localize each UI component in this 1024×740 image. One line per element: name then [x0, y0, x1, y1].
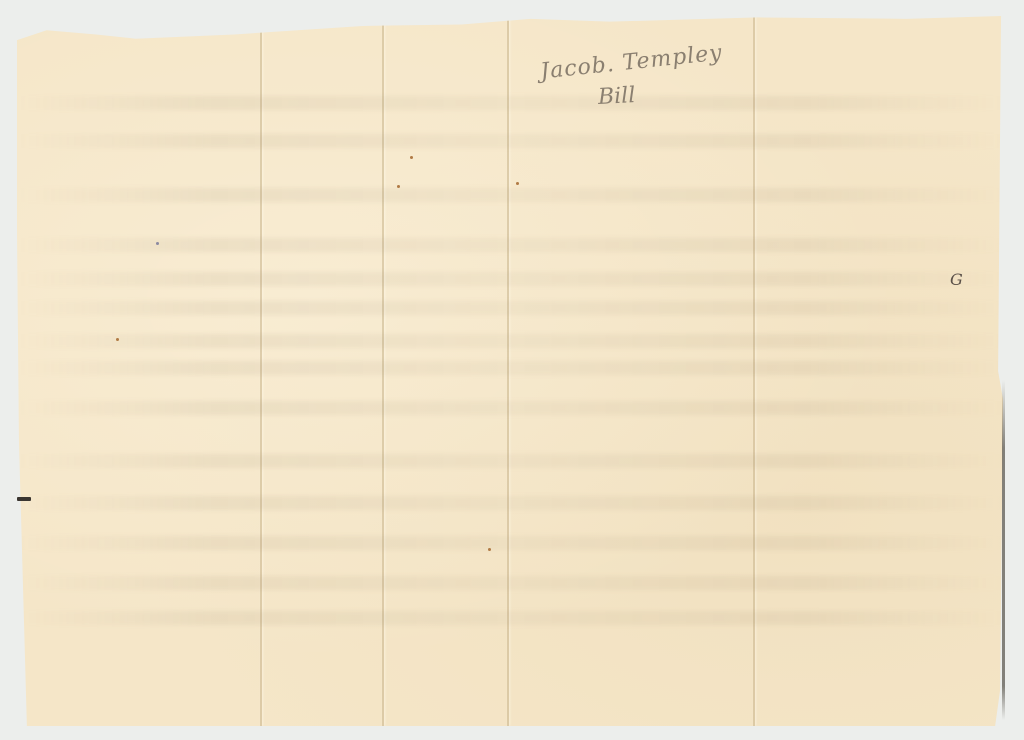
bleed-through-text: [17, 134, 1005, 148]
page-edge-shadow: [1002, 380, 1005, 720]
bleed-through-text: [17, 301, 1005, 315]
bleed-through-text: [17, 401, 1005, 415]
bleed-through-text: [17, 238, 1005, 252]
bleed-through-text: [17, 496, 1005, 510]
ink-speck: [116, 338, 119, 341]
bleed-through-text: [17, 96, 1005, 110]
bleed-through-text: [17, 361, 1005, 375]
margin-number: G: [950, 270, 963, 289]
bleed-through-text: [17, 576, 1005, 590]
edge-mark: [17, 497, 31, 501]
manuscript-page: [17, 16, 1005, 726]
ink-speck: [488, 548, 491, 551]
ink-speck: [156, 242, 159, 245]
bleed-through-text: [17, 334, 1005, 348]
bleed-through-text: [17, 188, 1005, 202]
bleed-through-text: [17, 454, 1005, 468]
ink-speck: [516, 182, 519, 185]
bleed-through-text: [17, 536, 1005, 550]
bleed-through-text: [17, 272, 1005, 286]
endorsement-label: Bill: [597, 83, 636, 110]
bleed-through-text: [17, 611, 1005, 625]
ink-speck: [410, 156, 413, 159]
ink-speck: [397, 185, 400, 188]
